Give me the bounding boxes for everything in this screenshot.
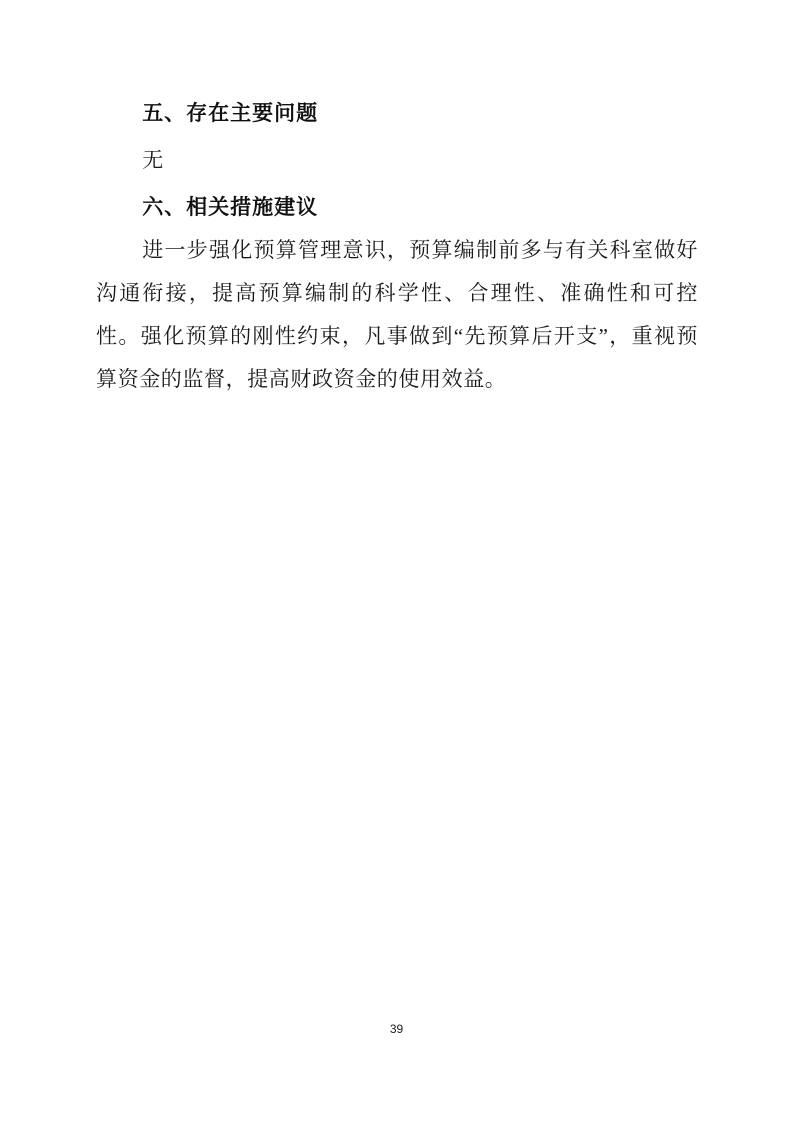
section-5-body-paragraph: 无 [96,139,698,182]
section-6-body-paragraph: 进一步强化预算管理意识，预算编制前多与有关科室做好沟通衔接，提高预算编制的科学性… [96,229,698,401]
document-content: 五、存在主要问题 无 六、相关措施建议 进一步强化预算管理意识，预算编制前多与有… [96,92,698,401]
document-page: 五、存在主要问题 无 六、相关措施建议 进一步强化预算管理意识，预算编制前多与有… [0,0,793,1122]
section-heading-5: 五、存在主要问题 [96,92,698,135]
section-heading-6: 六、相关措施建议 [96,186,698,229]
page-number: 39 [0,1022,793,1037]
